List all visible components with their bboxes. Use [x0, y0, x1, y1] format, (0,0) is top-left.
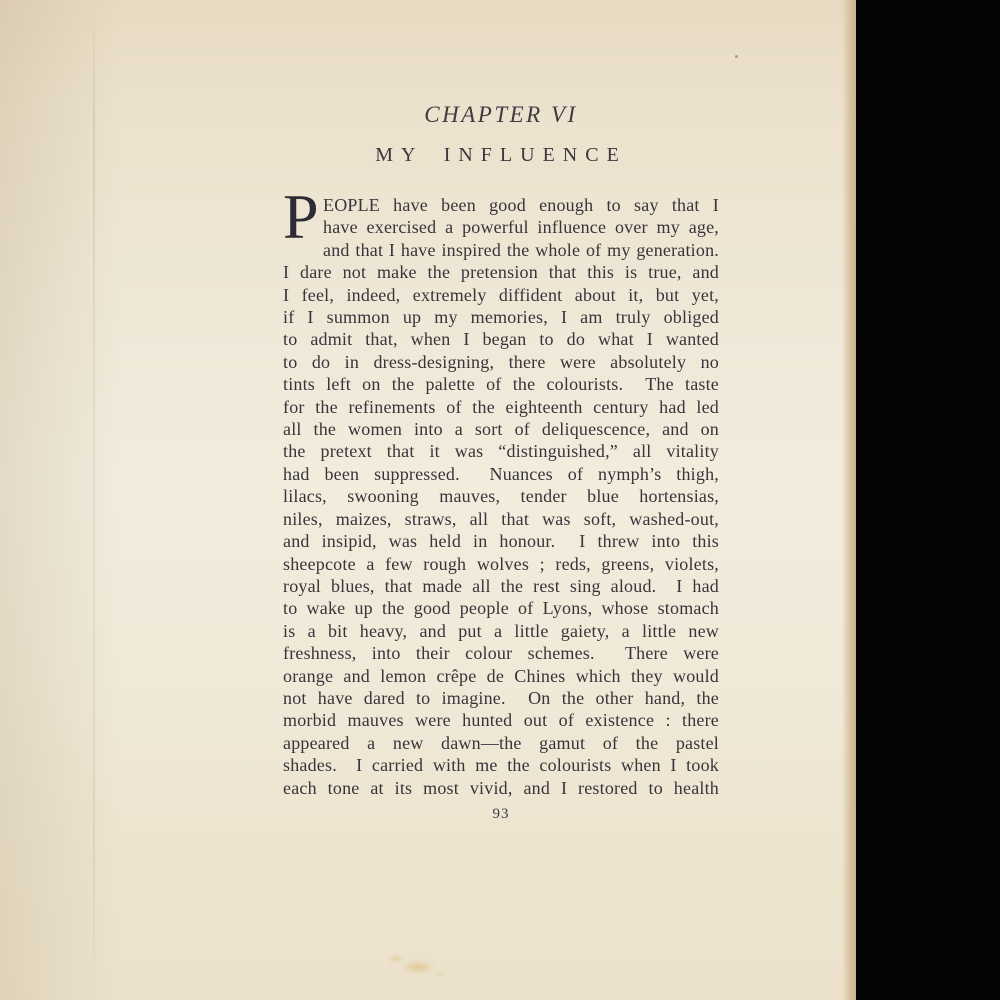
page-gutter-shadow [0, 0, 120, 1000]
text-line: tints left on the palette of the colouri… [283, 373, 719, 395]
page-content: CHAPTER VI MY INFLUENCE P EOPLE have bee… [283, 102, 719, 823]
text-line: I feel, indeed, extremely diffident abou… [283, 284, 719, 306]
paper-stain [378, 945, 458, 987]
text-line: freshness, into their colour schemes. Th… [283, 642, 719, 664]
text-line: appeared a new dawn—the gamut of the pas… [283, 732, 719, 754]
text-line: for the refinements of the eighteenth ce… [283, 396, 719, 418]
chapter-heading: CHAPTER VI [283, 102, 719, 128]
page-fore-edge [842, 0, 856, 1000]
text-line: is a bit heavy, and put a little gaiety,… [283, 620, 719, 642]
text-line: orange and lemon crêpe de Chines which t… [283, 665, 719, 687]
body-text: P EOPLE have been good enough to say tha… [283, 194, 719, 799]
text-line: had been suppressed. Nuances of nymph’s … [283, 463, 719, 485]
text-line: not have dared to imagine. On the other … [283, 687, 719, 709]
book-page: CHAPTER VI MY INFLUENCE P EOPLE have bee… [0, 0, 856, 1000]
text-line: all the women into a sort of deliquescen… [283, 418, 719, 440]
text-line: the pretext that it was “distinguished,”… [283, 440, 719, 462]
page-title: MY INFLUENCE [283, 144, 719, 167]
text-line: if I summon up my memories, I am truly o… [283, 306, 719, 328]
drop-cap: P [283, 194, 323, 239]
text-line: EOPLE have been good enough to say that … [283, 194, 719, 216]
text-line: royal blues, that made all the rest sing… [283, 575, 719, 597]
photo-black-band [856, 0, 1000, 1000]
text-line: I dare not make the pretension that this… [283, 261, 719, 283]
text-line: and insipid, was held in honour. I threw… [283, 530, 719, 552]
text-line: lilacs, swooning mauves, tender blue hor… [283, 485, 719, 507]
text-line: and that I have inspired the whole of my… [283, 239, 719, 261]
page-number: 93 [283, 806, 719, 823]
text-line: to wake up the good people of Lyons, who… [283, 597, 719, 619]
text-line: each tone at its most vivid, and I resto… [283, 777, 719, 799]
text-line: morbid mauves were hunted out of existen… [283, 709, 719, 731]
dust-speck [735, 55, 738, 58]
page-fold-line [93, 0, 95, 1000]
book-photo: CHAPTER VI MY INFLUENCE P EOPLE have bee… [0, 0, 1000, 1000]
text-line: to admit that, when I began to do what I… [283, 328, 719, 350]
text-line: sheepcote a few rough wolves ; reds, gre… [283, 553, 719, 575]
text-line: have exercised a powerful influence over… [283, 216, 719, 238]
text-line: to do in dress-designing, there were abs… [283, 351, 719, 373]
text-line: shades. I carried with me the colourists… [283, 754, 719, 776]
text-line: niles, maizes, straws, all that was soft… [283, 508, 719, 530]
